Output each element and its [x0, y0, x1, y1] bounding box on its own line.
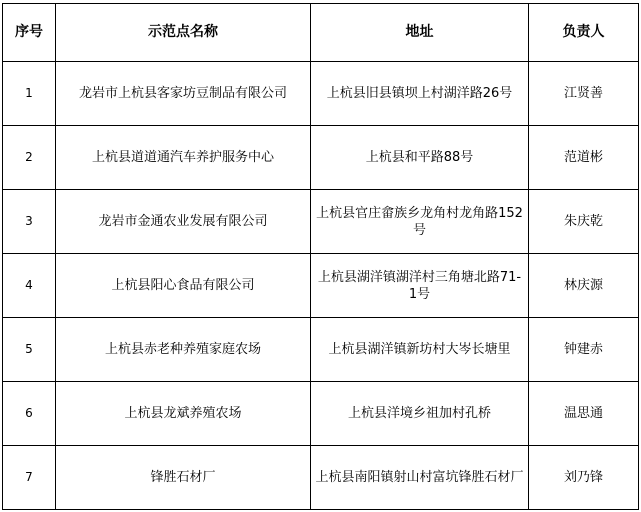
cell-no: 2	[3, 126, 56, 190]
cell-person: 刘乃锋	[529, 446, 639, 510]
cell-address: 上杭县湖洋镇湖洋村三角塘北路71-1号	[311, 254, 529, 318]
cell-person: 温思通	[529, 382, 639, 446]
cell-person: 朱庆乾	[529, 190, 639, 254]
cell-name: 上杭县阳心食品有限公司	[56, 254, 311, 318]
cell-name: 上杭县龙斌养殖农场	[56, 382, 311, 446]
table-row: 5 上杭县赤老种养殖家庭农场 上杭县湖洋镇新坊村大岑长塘里 钟建赤	[3, 318, 639, 382]
cell-person: 钟建赤	[529, 318, 639, 382]
table-row: 3 龙岩市金通农业发展有限公司 上杭县官庄畲族乡龙角村龙角路152号 朱庆乾	[3, 190, 639, 254]
cell-person: 江贤善	[529, 62, 639, 126]
cell-name: 上杭县道道通汽车养护服务中心	[56, 126, 311, 190]
cell-name: 龙岩市上杭县客家坊豆制品有限公司	[56, 62, 311, 126]
cell-address: 上杭县和平路88号	[311, 126, 529, 190]
cell-person: 范道彬	[529, 126, 639, 190]
demo-sites-table: 序号 示范点名称 地址 负责人 1 龙岩市上杭县客家坊豆制品有限公司 上杭县旧县…	[2, 3, 639, 510]
cell-no: 7	[3, 446, 56, 510]
cell-name: 龙岩市金通农业发展有限公司	[56, 190, 311, 254]
header-no: 序号	[3, 4, 56, 62]
cell-address: 上杭县南阳镇射山村富坑锋胜石材厂	[311, 446, 529, 510]
table-row: 1 龙岩市上杭县客家坊豆制品有限公司 上杭县旧县镇坝上村湖洋路26号 江贤善	[3, 62, 639, 126]
table-row: 7 锋胜石材厂 上杭县南阳镇射山村富坑锋胜石材厂 刘乃锋	[3, 446, 639, 510]
cell-address: 上杭县旧县镇坝上村湖洋路26号	[311, 62, 529, 126]
table-row: 6 上杭县龙斌养殖农场 上杭县洋境乡祖加村孔桥 温思通	[3, 382, 639, 446]
cell-address: 上杭县官庄畲族乡龙角村龙角路152号	[311, 190, 529, 254]
cell-address: 上杭县洋境乡祖加村孔桥	[311, 382, 529, 446]
cell-no: 6	[3, 382, 56, 446]
cell-no: 1	[3, 62, 56, 126]
cell-no: 3	[3, 190, 56, 254]
header-name: 示范点名称	[56, 4, 311, 62]
table-header-row: 序号 示范点名称 地址 负责人	[3, 4, 639, 62]
header-address: 地址	[311, 4, 529, 62]
header-person: 负责人	[529, 4, 639, 62]
table-row: 2 上杭县道道通汽车养护服务中心 上杭县和平路88号 范道彬	[3, 126, 639, 190]
cell-name: 锋胜石材厂	[56, 446, 311, 510]
table-row: 4 上杭县阳心食品有限公司 上杭县湖洋镇湖洋村三角塘北路71-1号 林庆源	[3, 254, 639, 318]
cell-address: 上杭县湖洋镇新坊村大岑长塘里	[311, 318, 529, 382]
cell-person: 林庆源	[529, 254, 639, 318]
cell-no: 4	[3, 254, 56, 318]
cell-no: 5	[3, 318, 56, 382]
cell-name: 上杭县赤老种养殖家庭农场	[56, 318, 311, 382]
